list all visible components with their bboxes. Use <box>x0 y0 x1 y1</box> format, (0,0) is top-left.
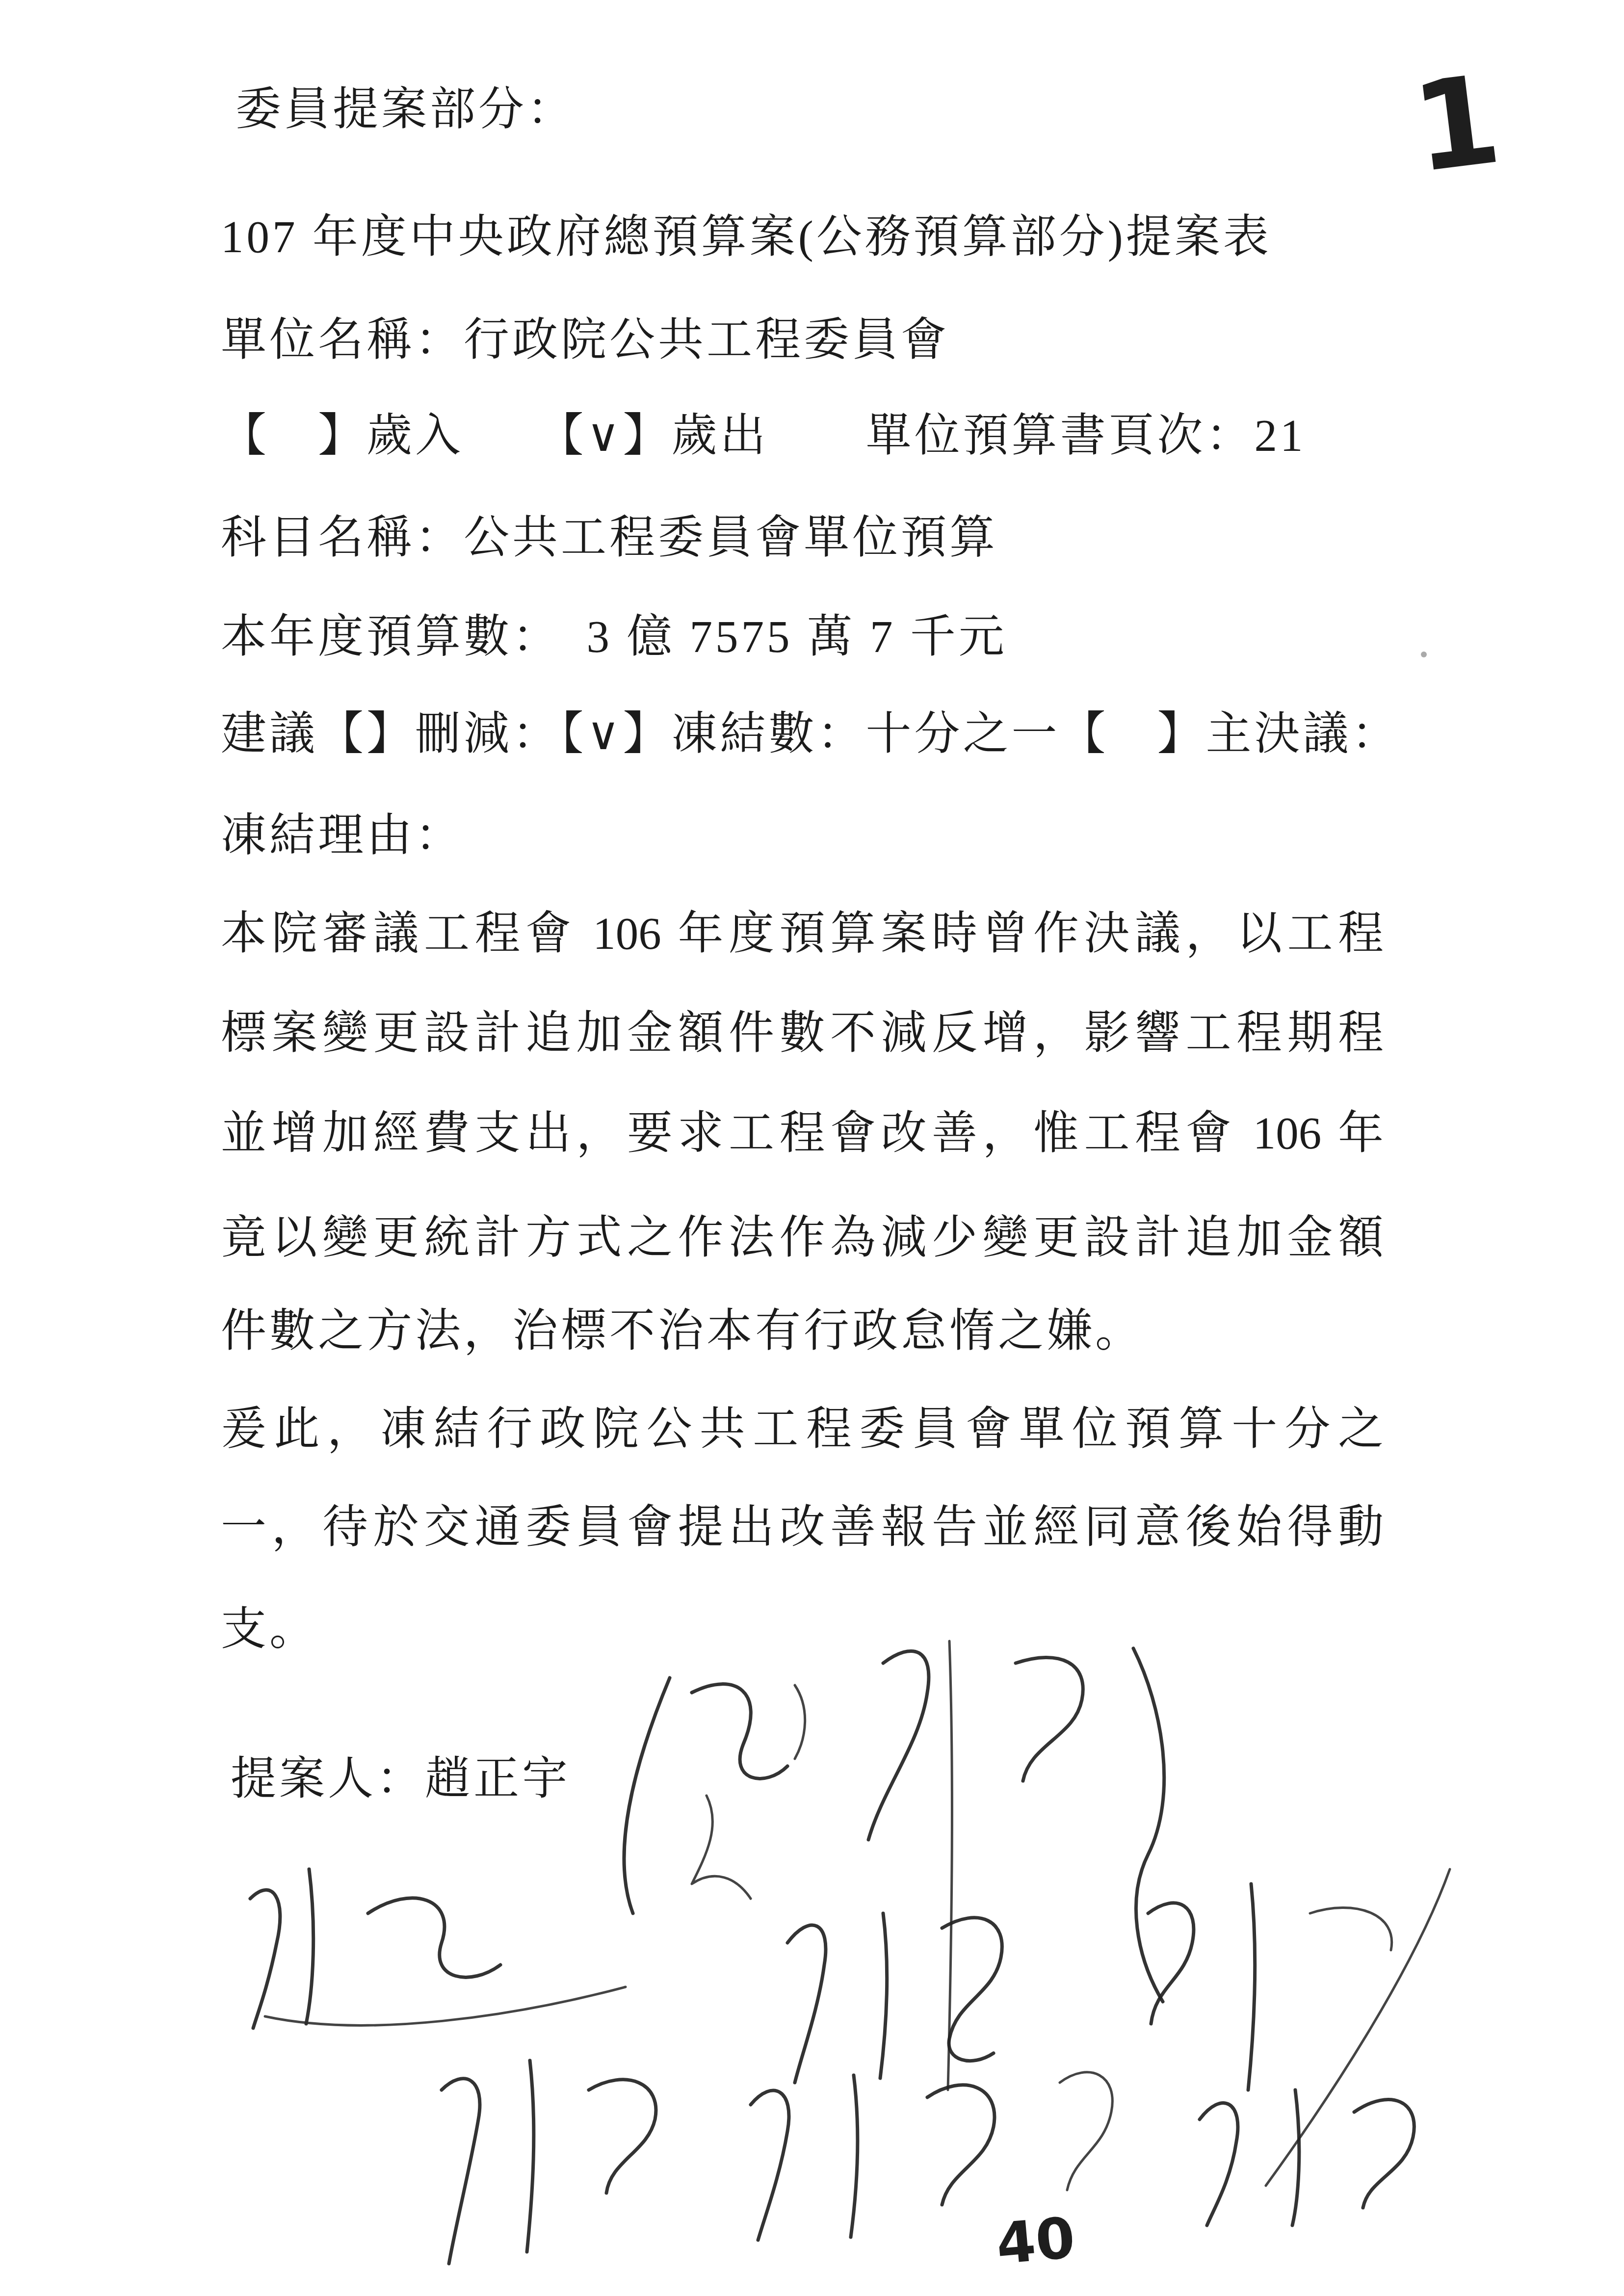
signature-row3-third <box>1200 2090 1414 2225</box>
signature-row2-second <box>787 1913 1002 2083</box>
handwritten-annotation: 40 <box>994 2205 1077 2277</box>
signature-row1-proposer <box>624 1678 805 1913</box>
body-line-5: 件數之方法，治標不治本有行政怠惰之嫌。 <box>221 1306 1144 1357</box>
unit-name-line: 單位名稱：行政院公共工程委員會 <box>221 315 949 365</box>
signature-row2-first <box>250 1869 626 2028</box>
freeze-reason-label: 凍結理由： <box>221 811 464 861</box>
body-line-2: 標案變更設計追加金額件數不減反增，影響工程期程 <box>221 1009 1384 1059</box>
body-line-1: 本院審議工程會 106 年度預算案時曾作決議，以工程 <box>221 909 1384 959</box>
signature-row3-second <box>751 2072 1112 2240</box>
revenue-expenditure-line: 【 】歲入 【∨】歲出 單位預算書頁次：21 <box>221 411 1306 461</box>
body-line-7: 一，待於交通委員會提出改善報告並經同意後始得動 <box>221 1503 1384 1553</box>
body-line-4: 竟以變更統計方式之作法作為減少變更設計追加金額 <box>221 1213 1384 1263</box>
body-line-6: 爰此，凍結行政院公共工程委員會單位預算十分之 <box>221 1405 1384 1455</box>
budget-amount-line: 本年度預算數： 3 億 7575 萬 7 千元 <box>221 612 1007 662</box>
section-title: 委員提案部分： <box>236 85 576 135</box>
handwritten-page-number: 1 <box>1406 48 1508 200</box>
body-line-8: 支。 <box>221 1605 318 1655</box>
subject-name-line: 科目名稱：公共工程委員會單位預算 <box>221 513 998 563</box>
scan-speck <box>1421 652 1427 657</box>
signature-row2-third <box>1148 1869 1450 2186</box>
proposal-action-line: 建議【】刪減：【∨】凍結數：十分之一【 】主決議： <box>221 709 1400 759</box>
body-line-3: 並增加經費支出，要求工程會改善，惟工程會 106 年 <box>221 1109 1384 1159</box>
signature-row1-second <box>868 1641 1164 2090</box>
doc-title-line: 107 年度中央政府總預算案(公務預算部分)提案表 <box>221 212 1272 262</box>
document-page: 委員提案部分： 107 年度中央政府總預算案(公務預算部分)提案表 單位名稱：行… <box>0 0 1624 2296</box>
proposer-line: 提案人：趙正宇 <box>231 1754 571 1804</box>
signature-row3-first <box>442 2061 656 2264</box>
